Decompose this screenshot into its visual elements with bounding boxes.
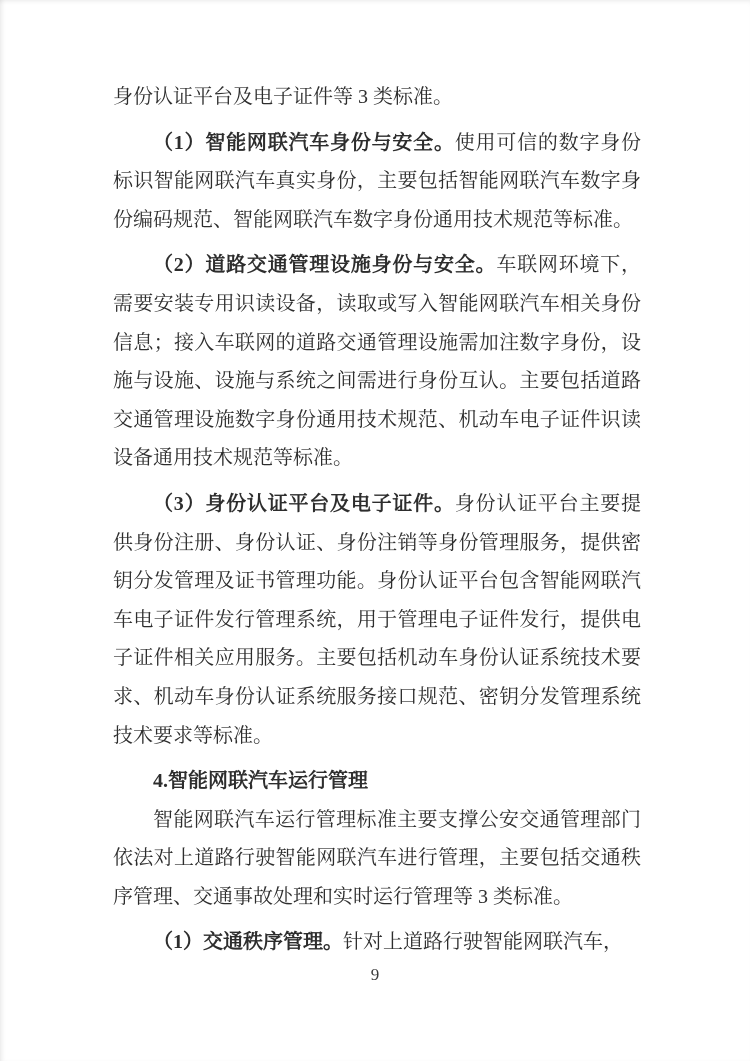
paragraph-4-lead: （1）交通秩序管理。 [153, 931, 343, 953]
paragraph-traffic-order-management: （1）交通秩序管理。针对上道路行驶智能网联汽车， [113, 923, 641, 962]
paragraph-road-facility-identity-security: （2）道路交通管理设施身份与安全。车联网环境下，需要安装专用识读设备，读取或写入… [113, 246, 641, 478]
paragraph-1-lead: （1）智能网联汽车身份与安全。 [153, 132, 455, 154]
paragraph-2-lead: （2）道路交通管理设施身份与安全。 [153, 254, 496, 276]
paragraph-3-body: 身份认证平台主要提供身份注册、身份认证、身份注销等身份管理服务，提供密钥分发管理… [113, 493, 641, 747]
document-page: 身份认证平台及电子证件等 3 类标准。 （1）智能网联汽车身份与安全。使用可信的… [0, 0, 750, 1061]
page-number: 9 [0, 965, 750, 985]
paragraph-4-body: 针对上道路行驶智能网联汽车， [343, 931, 623, 953]
paragraph-continuation: 身份认证平台及电子证件等 3 类标准。 [113, 78, 641, 117]
section-heading-operation-management: 4.智能网联汽车运行管理 [113, 762, 641, 801]
paragraph-2-body: 车联网环境下，需要安装专用识读设备，读取或写入智能网联汽车相关身份信息；接入车联… [113, 254, 641, 469]
document-content: 身份认证平台及电子证件等 3 类标准。 （1）智能网联汽车身份与安全。使用可信的… [113, 78, 641, 962]
paragraph-vehicle-identity-security: （1）智能网联汽车身份与安全。使用可信的数字身份标识智能网联汽车真实身份，主要包… [113, 124, 641, 240]
section-intro-paragraph: 智能网联汽车运行管理标准主要支撑公安交通管理部门依法对上道路行驶智能网联汽车进行… [113, 801, 641, 917]
paragraph-identity-platform-certificates: （3）身份认证平台及电子证件。身份认证平台主要提供身份注册、身份认证、身份注销等… [113, 485, 641, 755]
paragraph-3-lead: （3）身份认证平台及电子证件。 [153, 493, 455, 515]
